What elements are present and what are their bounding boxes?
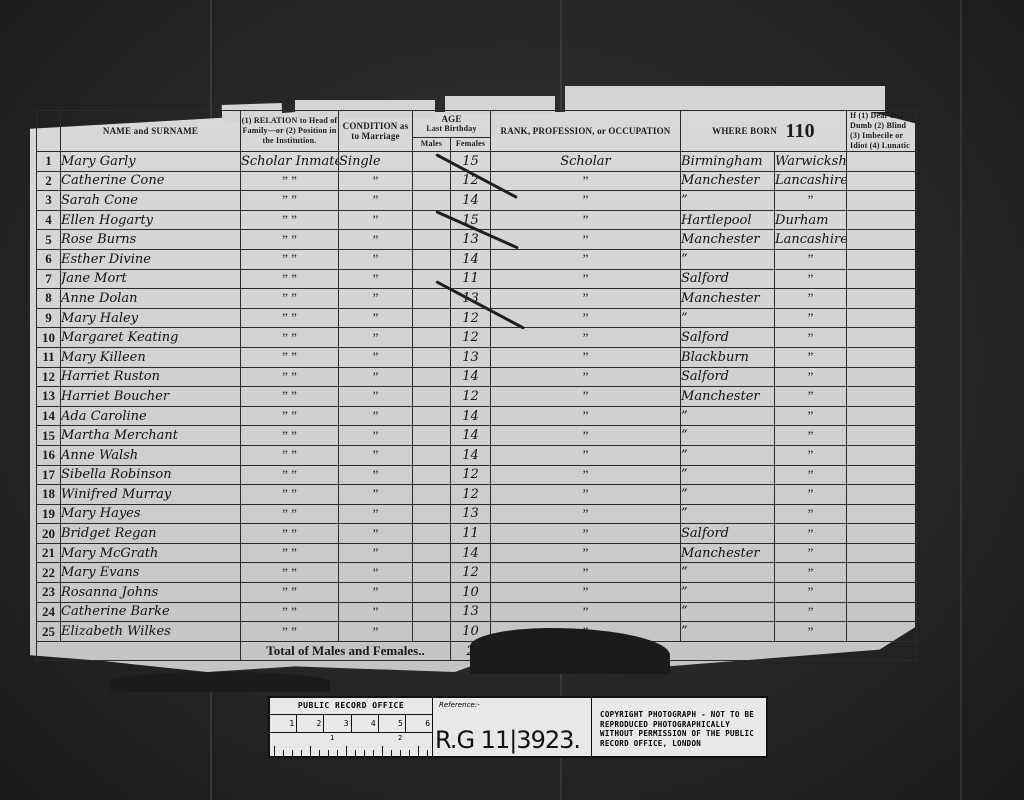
born-county-cell: ” <box>775 504 847 524</box>
scale-cell: 4 <box>352 715 379 732</box>
relation-cell: ” ” <box>241 387 339 407</box>
relation-cell: ” ” <box>241 524 339 544</box>
age-female-cell: 12 <box>451 563 491 583</box>
age-male-cell <box>413 602 451 622</box>
born-county-cell: ” <box>775 308 847 328</box>
born-place-cell: Manchester <box>681 387 775 407</box>
name-cell: Ellen Hogarty <box>61 210 241 230</box>
ruler-tick <box>301 750 302 756</box>
born-place-cell: ” <box>681 485 775 505</box>
occupation-cell: ” <box>491 210 681 230</box>
born-place-cell: ” <box>681 504 775 524</box>
table-row: 18Winifred Murray” ””12””” <box>37 485 917 505</box>
pro-office-title: PUBLIC RECORD OFFICE <box>270 698 432 715</box>
scale-cell: 3 <box>324 715 351 732</box>
row-number: 11 <box>37 347 61 367</box>
age-male-cell <box>413 289 451 309</box>
infirmity-cell <box>847 289 917 309</box>
infirmity-cell <box>847 406 917 426</box>
header-where-born: WHERE BORN 110 <box>681 111 847 152</box>
infirmity-cell <box>847 485 917 505</box>
name-cell: Rosanna Johns <box>61 583 241 603</box>
header-condition: CONDITION as to Marriage <box>339 111 413 152</box>
born-county-cell: ” <box>775 387 847 407</box>
born-place-cell: ” <box>681 426 775 446</box>
pro-reference-panel: Reference:- R.G 11|3923. <box>433 698 592 756</box>
condition-cell: ” <box>339 543 413 563</box>
born-county-cell: Warwickshire <box>775 152 847 172</box>
born-county-cell: Lancashire <box>775 171 847 191</box>
born-county-cell: ” <box>775 602 847 622</box>
occupation-cell: ” <box>491 328 681 348</box>
condition-cell: ” <box>339 563 413 583</box>
name-cell: Anne Dolan <box>61 289 241 309</box>
age-male-cell <box>413 622 451 642</box>
relation-cell: ” ” <box>241 485 339 505</box>
table-row: 13Harriet Boucher” ””12”Manchester” <box>37 387 917 407</box>
infirmity-cell <box>847 367 917 387</box>
born-place-cell: ” <box>681 563 775 583</box>
ruler-tick <box>418 746 419 756</box>
born-county-cell: ” <box>775 563 847 583</box>
row-number: 9 <box>37 308 61 328</box>
ruler-tick <box>310 746 311 756</box>
age-male-cell <box>413 171 451 191</box>
ruler-mark: 1 <box>330 734 334 742</box>
age-male-cell <box>413 543 451 563</box>
born-place-cell: ” <box>681 465 775 485</box>
age-female-cell: 14 <box>451 191 491 211</box>
born-county-cell: ” <box>775 445 847 465</box>
condition-cell: ” <box>339 230 413 250</box>
age-female-cell: 14 <box>451 445 491 465</box>
row-number: 21 <box>37 543 61 563</box>
table-row: 7Jane Mort” ””11”Salford” <box>37 269 917 289</box>
infirmity-cell <box>847 504 917 524</box>
born-county-cell: ” <box>775 347 847 367</box>
name-cell: Anne Walsh <box>61 445 241 465</box>
name-cell: Harriet Boucher <box>61 387 241 407</box>
age-male-cell <box>413 191 451 211</box>
infirmity-cell <box>847 269 917 289</box>
name-cell: Elizabeth Wilkes <box>61 622 241 642</box>
condition-cell: ” <box>339 171 413 191</box>
occupation-cell: ” <box>491 406 681 426</box>
name-cell: Catherine Barke <box>61 602 241 622</box>
name-cell: Rose Burns <box>61 230 241 250</box>
age-female-cell: 13 <box>451 504 491 524</box>
occupation-cell: ” <box>491 583 681 603</box>
header-age-subtitle: Last Birthday <box>413 124 490 134</box>
age-male-cell <box>413 230 451 250</box>
relation-cell: ” ” <box>241 563 339 583</box>
name-cell: Mary Haley <box>61 308 241 328</box>
relation-cell: ” ” <box>241 406 339 426</box>
condition-cell: ” <box>339 426 413 446</box>
born-place-cell: Blackburn <box>681 347 775 367</box>
header-relation: (1) RELATION to Head of Family—or (2) Po… <box>241 111 339 152</box>
born-county-cell: ” <box>775 524 847 544</box>
row-number: 7 <box>37 269 61 289</box>
born-place-cell: Salford <box>681 524 775 544</box>
born-place-cell: Birmingham <box>681 152 775 172</box>
born-place-cell: ” <box>681 602 775 622</box>
born-place-cell: ” <box>681 308 775 328</box>
row-number: 23 <box>37 583 61 603</box>
table-row: 23Rosanna Johns” ””10””” <box>37 583 917 603</box>
age-male-cell <box>413 485 451 505</box>
scale-cell: 5 <box>379 715 406 732</box>
age-male-cell <box>413 445 451 465</box>
condition-cell: ” <box>339 465 413 485</box>
born-county-cell: ” <box>775 191 847 211</box>
age-male-cell <box>413 406 451 426</box>
infirmity-cell <box>847 543 917 563</box>
condition-cell: ” <box>339 602 413 622</box>
row-number: 8 <box>37 289 61 309</box>
age-male-cell <box>413 465 451 485</box>
header-males: Males <box>413 137 451 151</box>
occupation-cell: ” <box>491 563 681 583</box>
born-county-cell: ” <box>775 583 847 603</box>
relation-cell: ” ” <box>241 445 339 465</box>
name-cell: Mary Hayes <box>61 504 241 524</box>
occupation-cell: ” <box>491 524 681 544</box>
header-age: AGE Last Birthday <box>413 111 491 138</box>
infirmity-cell <box>847 347 917 367</box>
infirmity-cell <box>847 563 917 583</box>
pro-ruler: 1 2 <box>270 733 432 756</box>
condition-cell: ” <box>339 504 413 524</box>
condition-cell: ” <box>339 191 413 211</box>
film-streak <box>960 0 962 800</box>
row-number: 17 <box>37 465 61 485</box>
scale-cell: 2 <box>297 715 324 732</box>
born-place-cell: ” <box>681 191 775 211</box>
ruler-tick <box>373 750 374 756</box>
relation-cell: ” ” <box>241 622 339 642</box>
born-place-cell: Salford <box>681 367 775 387</box>
relation-cell: ” ” <box>241 171 339 191</box>
age-female-cell: 11 <box>451 524 491 544</box>
infirmity-cell <box>847 230 917 250</box>
relation-cell: ” ” <box>241 230 339 250</box>
table-row: 21Mary McGrath” ””14”Manchester” <box>37 543 917 563</box>
name-cell: Esther Divine <box>61 249 241 269</box>
infirmity-cell <box>847 328 917 348</box>
name-cell: Jane Mort <box>61 269 241 289</box>
infirmity-cell <box>847 622 917 642</box>
name-cell: Mary Killeen <box>61 347 241 367</box>
table-row: 9Mary Haley” ””12””” <box>37 308 917 328</box>
infirmity-cell <box>847 171 917 191</box>
condition-cell: ” <box>339 406 413 426</box>
name-cell: Winifred Murray <box>61 485 241 505</box>
totals-spacer <box>37 641 241 661</box>
pro-scale-cells: 1 2 3 4 5 6 <box>270 715 432 733</box>
age-male-cell <box>413 249 451 269</box>
occupation-cell: ” <box>491 289 681 309</box>
name-cell: Ada Caroline <box>61 406 241 426</box>
condition-cell: ” <box>339 328 413 348</box>
infirmity-cell <box>847 583 917 603</box>
relation-cell: ” ” <box>241 583 339 603</box>
infirmity-cell <box>847 387 917 407</box>
born-county-cell: ” <box>775 465 847 485</box>
age-female-cell: 14 <box>451 406 491 426</box>
pro-left-panel: PUBLIC RECORD OFFICE 1 2 3 4 5 6 1 2 <box>270 698 433 756</box>
born-place-cell: Salford <box>681 328 775 348</box>
relation-cell: ” ” <box>241 328 339 348</box>
born-place-cell: ” <box>681 445 775 465</box>
row-number: 2 <box>37 171 61 191</box>
infirmity-cell <box>847 191 917 211</box>
relation-cell: ” ” <box>241 367 339 387</box>
ruler-tick <box>427 750 428 756</box>
occupation-cell: ” <box>491 543 681 563</box>
table-row: 3Sarah Cone” ””14””” <box>37 191 917 211</box>
age-male-cell <box>413 504 451 524</box>
infirmity-cell <box>847 465 917 485</box>
census-table: NAME and SURNAME (1) RELATION to Head of… <box>36 110 917 661</box>
ruler-tick <box>328 750 329 756</box>
table-row: 15Martha Merchant” ””14””” <box>37 426 917 446</box>
occupation-cell: ” <box>491 602 681 622</box>
table-row: 11Mary Killeen” ””13”Blackburn” <box>37 347 917 367</box>
age-male-cell <box>413 387 451 407</box>
condition-cell: ” <box>339 308 413 328</box>
condition-cell: Single <box>339 152 413 172</box>
age-female-cell: 12 <box>451 328 491 348</box>
table-row: 24Catherine Barke” ””13””” <box>37 602 917 622</box>
age-male-cell <box>413 524 451 544</box>
table-row: 17Sibella Robinson” ””12””” <box>37 465 917 485</box>
table-row: 10Margaret Keating” ””12”Salford” <box>37 328 917 348</box>
occupation-cell: ” <box>491 504 681 524</box>
table-row: 22Mary Evans” ””12””” <box>37 563 917 583</box>
condition-cell: ” <box>339 269 413 289</box>
header-occupation: RANK, PROFESSION, or OCCUPATION <box>491 111 681 152</box>
scale-cell: 6 <box>406 715 432 732</box>
age-female-cell: 12 <box>451 485 491 505</box>
row-number: 15 <box>37 426 61 446</box>
name-cell: Sarah Cone <box>61 191 241 211</box>
age-male-cell <box>413 583 451 603</box>
header-females: Females <box>451 137 491 151</box>
born-place-cell: ” <box>681 622 775 642</box>
pro-reference-label: PUBLIC RECORD OFFICE 1 2 3 4 5 6 1 2 Ref… <box>268 696 768 758</box>
name-cell: Martha Merchant <box>61 426 241 446</box>
born-place-cell: Hartlepool <box>681 210 775 230</box>
row-number: 6 <box>37 249 61 269</box>
occupation-cell: ” <box>491 347 681 367</box>
condition-cell: ” <box>339 445 413 465</box>
ruler-tick <box>355 750 356 756</box>
age-female-cell: 14 <box>451 367 491 387</box>
relation-cell: ” ” <box>241 426 339 446</box>
age-female-cell: 10 <box>451 583 491 603</box>
age-male-cell <box>413 347 451 367</box>
table-row: 8Anne Dolan” ””13”Manchester” <box>37 289 917 309</box>
ruler-tick <box>337 750 338 756</box>
name-cell: Catherine Cone <box>61 171 241 191</box>
name-cell: Mary Garly <box>61 152 241 172</box>
infirmity-cell <box>847 445 917 465</box>
born-county-cell: Durham <box>775 210 847 230</box>
copyright-notice: COPYRIGHT PHOTOGRAPH - NOT TO BE REPRODU… <box>592 698 766 756</box>
row-number: 20 <box>37 524 61 544</box>
relation-cell: ” ” <box>241 465 339 485</box>
age-male-cell <box>413 328 451 348</box>
table-row: 19Mary Hayes” ””13””” <box>37 504 917 524</box>
condition-cell: ” <box>339 347 413 367</box>
infirmity-cell <box>847 524 917 544</box>
relation-cell: Scholar Inmate <box>241 152 339 172</box>
born-county-cell: ” <box>775 485 847 505</box>
name-cell: Mary McGrath <box>61 543 241 563</box>
relation-cell: ” ” <box>241 602 339 622</box>
born-place-cell: ” <box>681 583 775 603</box>
row-number: 4 <box>37 210 61 230</box>
occupation-cell: ” <box>491 387 681 407</box>
occupation-cell: ” <box>491 426 681 446</box>
born-place-cell: Manchester <box>681 543 775 563</box>
occupation-cell: ” <box>491 230 681 250</box>
age-female-cell: 14 <box>451 543 491 563</box>
row-number: 14 <box>37 406 61 426</box>
header-age-title: AGE <box>413 114 490 124</box>
occupation-cell: ” <box>491 171 681 191</box>
ruler-tick <box>364 750 365 756</box>
condition-cell: ” <box>339 249 413 269</box>
age-female-cell: 13 <box>451 347 491 367</box>
condition-cell: ” <box>339 289 413 309</box>
condition-cell: ” <box>339 524 413 544</box>
header-infirmity: If (1) Deaf-and-Dumb (2) Blind (3) Imbec… <box>847 111 917 152</box>
occupation-cell: ” <box>491 445 681 465</box>
name-cell: Mary Evans <box>61 563 241 583</box>
age-male-cell <box>413 308 451 328</box>
table-row: 5Rose Burns” ””13”ManchesterLancashire <box>37 230 917 250</box>
relation-cell: ” ” <box>241 191 339 211</box>
occupation-cell: ” <box>491 485 681 505</box>
born-place-cell: Salford <box>681 269 775 289</box>
infirmity-cell <box>847 602 917 622</box>
relation-cell: ” ” <box>241 347 339 367</box>
row-number: 19 <box>37 504 61 524</box>
infirmity-cell <box>847 249 917 269</box>
age-male-cell <box>413 367 451 387</box>
row-number: 25 <box>37 622 61 642</box>
ruler-tick <box>382 746 383 756</box>
condition-cell: ” <box>339 485 413 505</box>
ruler-tick <box>391 750 392 756</box>
row-number: 16 <box>37 445 61 465</box>
born-county-cell: ” <box>775 543 847 563</box>
row-number: 22 <box>37 563 61 583</box>
table-row: 12Harriet Ruston” ””14”Salford” <box>37 367 917 387</box>
age-female-cell: 12 <box>451 387 491 407</box>
header-row-number <box>37 111 61 152</box>
name-cell: Sibella Robinson <box>61 465 241 485</box>
name-cell: Margaret Keating <box>61 328 241 348</box>
totals-label: Total of Males and Females.. <box>241 641 451 661</box>
age-female-cell: 11 <box>451 269 491 289</box>
born-county-cell: ” <box>775 249 847 269</box>
infirmity-cell <box>847 308 917 328</box>
born-place-cell: ” <box>681 406 775 426</box>
occupation-cell: ” <box>491 367 681 387</box>
born-county-cell: ” <box>775 406 847 426</box>
born-place-cell: Manchester <box>681 289 775 309</box>
row-number: 13 <box>37 387 61 407</box>
occupation-cell: ” <box>491 269 681 289</box>
ruler-tick <box>292 750 293 756</box>
condition-cell: ” <box>339 367 413 387</box>
relation-cell: ” ” <box>241 308 339 328</box>
table-row: 14Ada Caroline” ””14””” <box>37 406 917 426</box>
table-row: 1Mary GarlyScholar InmateSingle15Scholar… <box>37 152 917 172</box>
table-row: 16Anne Walsh” ””14””” <box>37 445 917 465</box>
condition-cell: ” <box>339 387 413 407</box>
age-female-cell: 14 <box>451 249 491 269</box>
name-cell: Bridget Regan <box>61 524 241 544</box>
row-number: 1 <box>37 152 61 172</box>
ruler-tick <box>409 750 410 756</box>
page-number: 110 <box>785 120 815 142</box>
born-place-cell: Manchester <box>681 230 775 250</box>
age-male-cell <box>413 563 451 583</box>
table-row: 6Esther Divine” ””14””” <box>37 249 917 269</box>
occupation-cell: ” <box>491 249 681 269</box>
reference-label: Reference:- <box>439 701 480 709</box>
reference-value: R.G 11|3923. <box>435 726 580 754</box>
relation-cell: ” ” <box>241 504 339 524</box>
born-county-cell: ” <box>775 622 847 642</box>
paper-damage <box>110 672 330 692</box>
age-female-cell: 12 <box>451 308 491 328</box>
relation-cell: ” ” <box>241 249 339 269</box>
born-county-cell: ” <box>775 367 847 387</box>
row-number: 24 <box>37 602 61 622</box>
condition-cell: ” <box>339 210 413 230</box>
born-place-cell: Manchester <box>681 171 775 191</box>
infirmity-cell <box>847 152 917 172</box>
born-county-cell: ” <box>775 269 847 289</box>
relation-cell: ” ” <box>241 543 339 563</box>
born-county-cell: ” <box>775 426 847 446</box>
ruler-tick <box>400 750 401 756</box>
header-name: NAME and SURNAME <box>61 111 241 152</box>
table-row: 20Bridget Regan” ””11”Salford” <box>37 524 917 544</box>
name-cell: Harriet Ruston <box>61 367 241 387</box>
born-county-cell: ” <box>775 328 847 348</box>
scale-cell: 1 <box>270 715 297 732</box>
ruler-tick <box>283 750 284 756</box>
row-number: 3 <box>37 191 61 211</box>
age-female-cell: 13 <box>451 602 491 622</box>
condition-cell: ” <box>339 583 413 603</box>
row-number: 10 <box>37 328 61 348</box>
age-female-cell: 14 <box>451 426 491 446</box>
relation-cell: ” ” <box>241 210 339 230</box>
infirmity-cell <box>847 210 917 230</box>
born-place-cell: ” <box>681 249 775 269</box>
row-number: 5 <box>37 230 61 250</box>
relation-cell: ” ” <box>241 269 339 289</box>
born-county-cell: Lancashire <box>775 230 847 250</box>
paper-tear <box>565 86 885 112</box>
